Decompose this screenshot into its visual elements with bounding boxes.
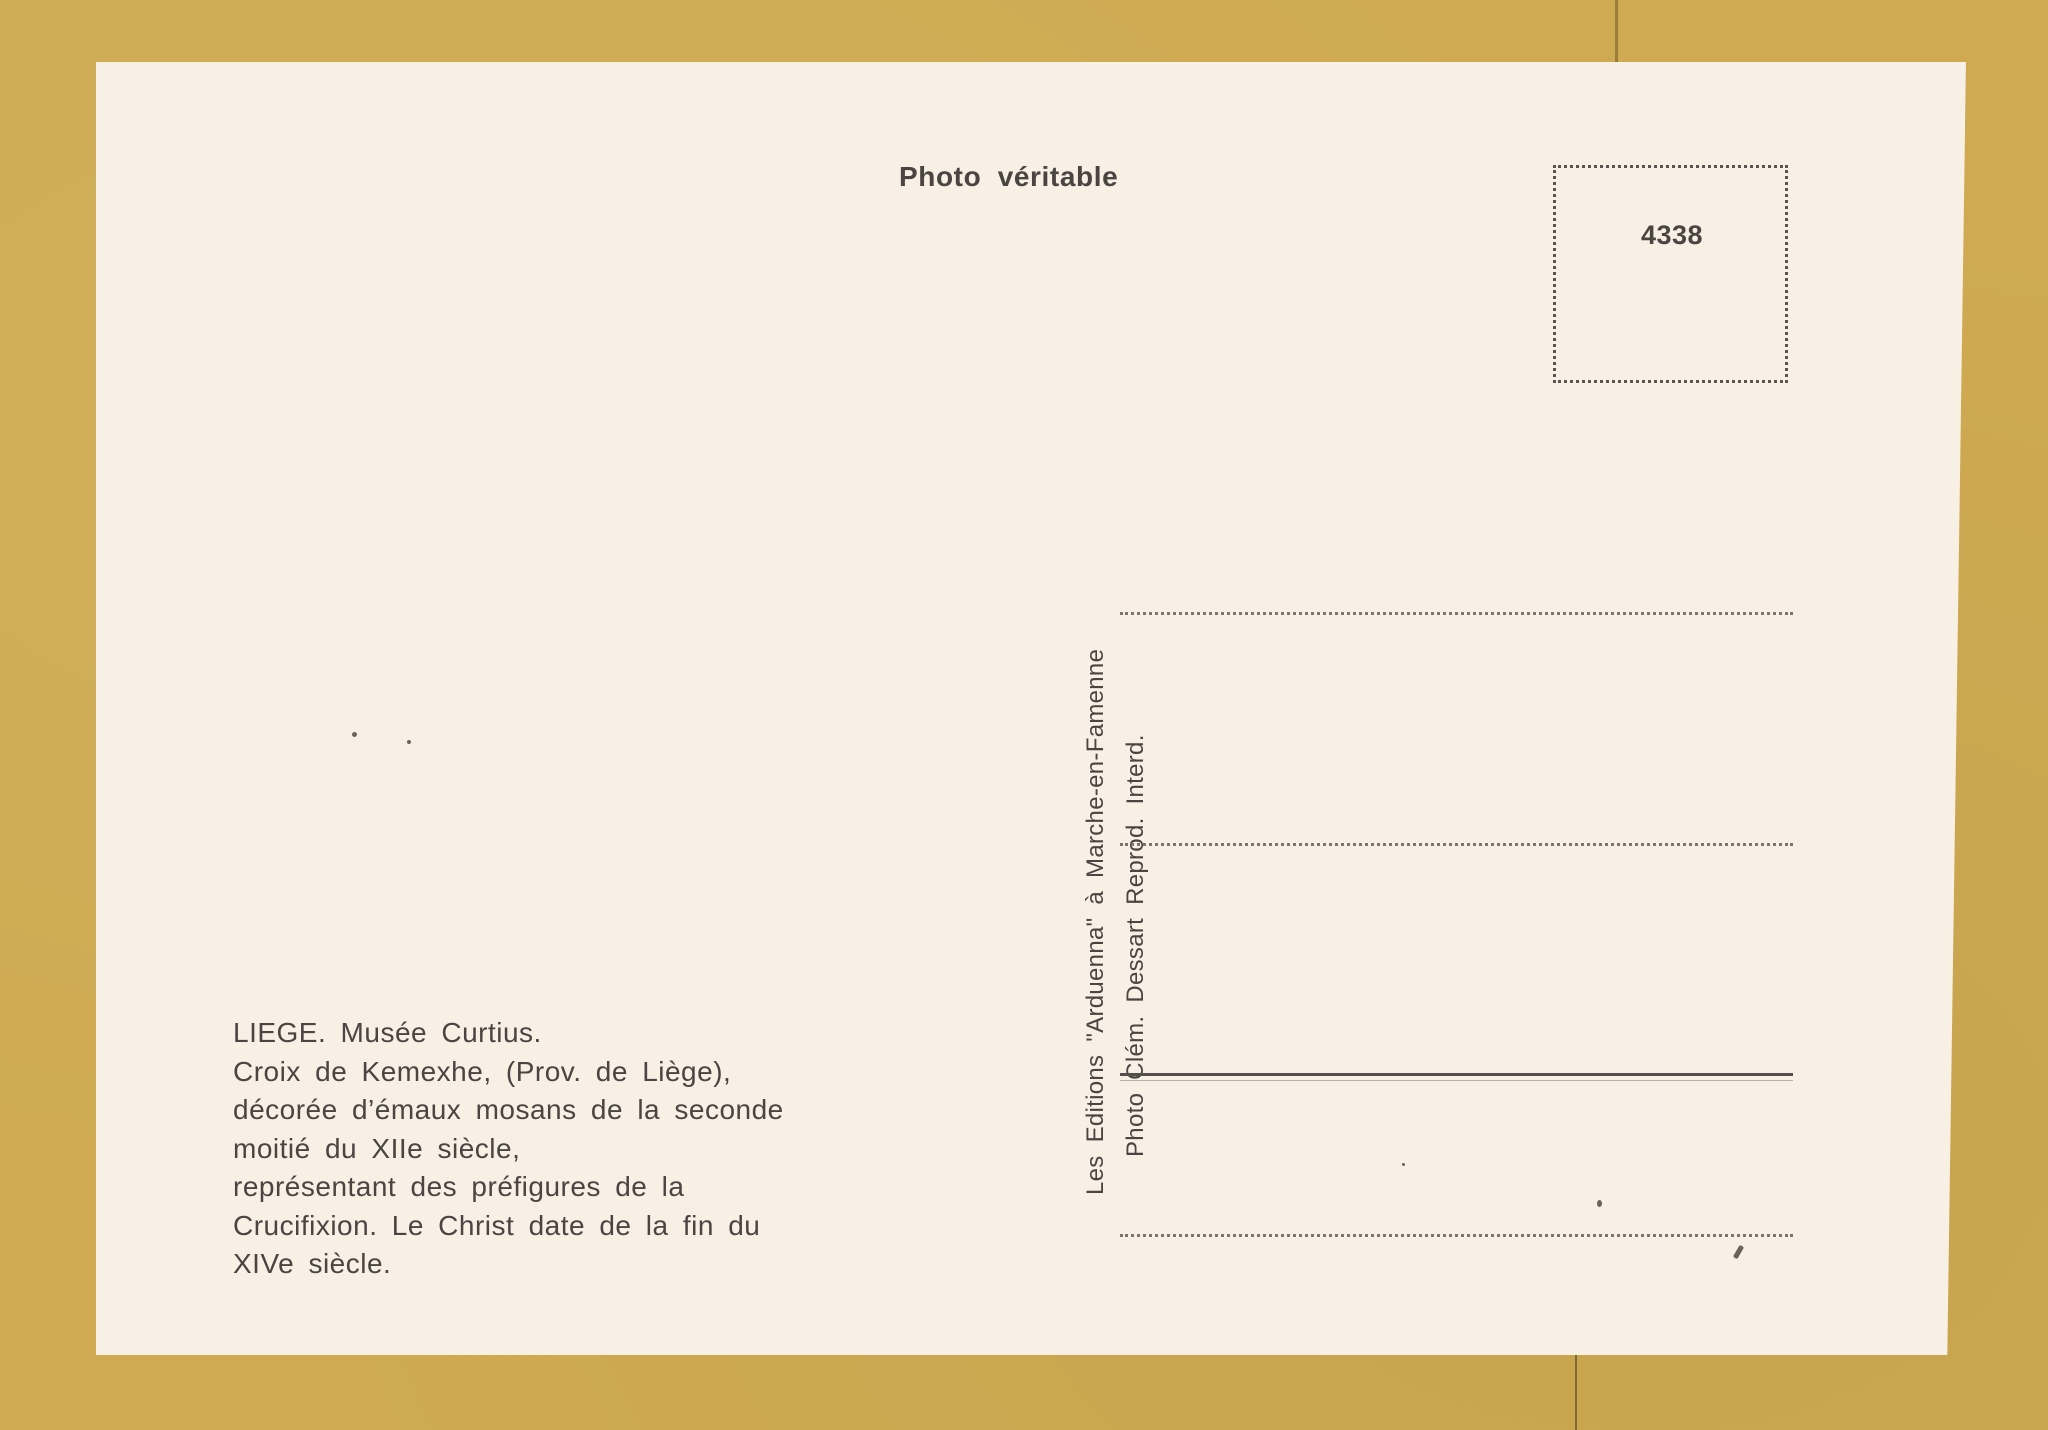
background-seam xyxy=(1615,0,1618,62)
caption-line: LIEGE. Musée Curtius. xyxy=(233,1014,784,1053)
publisher-credit: Les Editions "Arduenna" à Marche-en-Fame… xyxy=(1076,649,1156,1195)
caption-line: Croix de Kemexhe, (Prov. de Liège), xyxy=(233,1053,784,1092)
caption-line: représentant des préfigures de la xyxy=(233,1168,784,1207)
caption: LIEGE. Musée Curtius. Croix de Kemexhe, … xyxy=(233,1014,784,1284)
paper-speck xyxy=(407,740,411,744)
caption-line: Crucifixion. Le Christ date de la fin du xyxy=(233,1207,784,1246)
paper-speck xyxy=(1733,1245,1744,1260)
publisher-line-1: Les Editions "Arduenna" à Marche-en-Fame… xyxy=(1076,649,1116,1195)
background-seam xyxy=(1575,1355,1577,1430)
stamp-box xyxy=(1553,165,1788,383)
postcard-back: Photo véritable 4338 Les Editions "Ardue… xyxy=(96,62,1966,1355)
photo-veritable-label: Photo véritable xyxy=(899,161,1118,193)
address-line-1 xyxy=(1120,612,1793,615)
card-number: 4338 xyxy=(1641,220,1703,251)
address-line-2 xyxy=(1120,843,1793,846)
caption-line: XIVe siècle. xyxy=(233,1245,784,1284)
paper-speck xyxy=(1402,1163,1405,1166)
caption-line: moitié du XIIe siècle, xyxy=(233,1130,784,1169)
caption-line: décorée d’émaux mosans de la seconde xyxy=(233,1091,784,1130)
address-line-4 xyxy=(1120,1234,1793,1237)
paper-speck xyxy=(1597,1200,1602,1207)
publisher-line-2: Photo Clém. Dessart Reprod. Interd. xyxy=(1116,649,1156,1195)
address-line-3 xyxy=(1120,1073,1793,1076)
paper-speck xyxy=(352,732,357,737)
